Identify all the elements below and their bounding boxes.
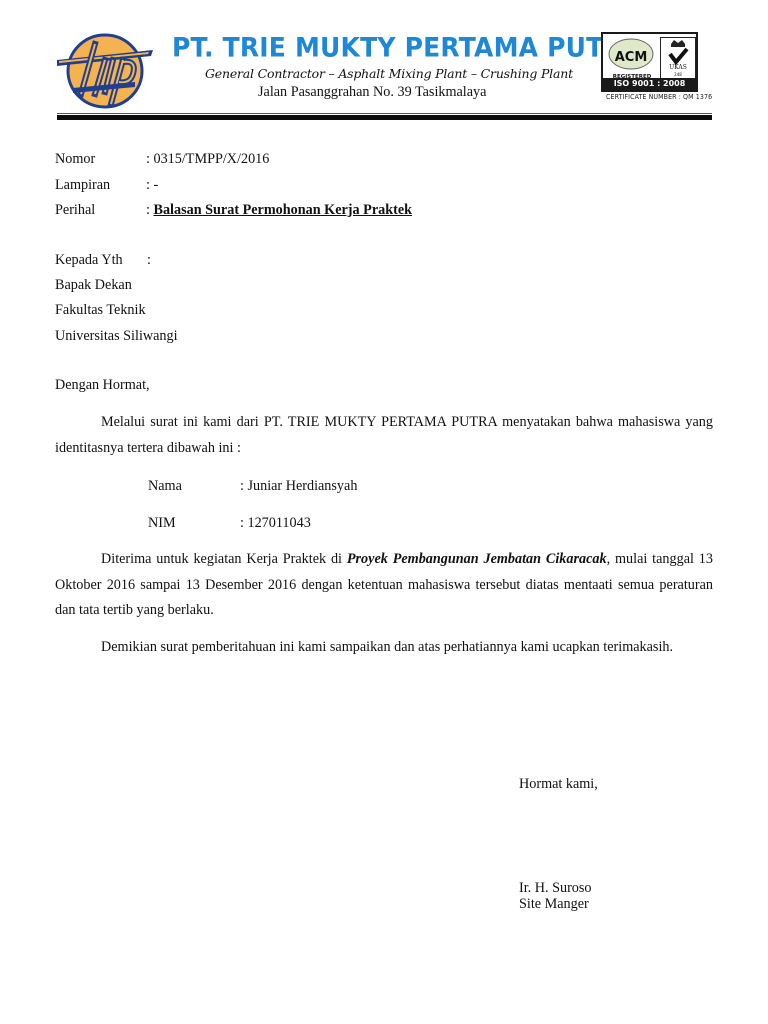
iso-certification-badge: ACM REGISTERED UKAS 248 ISO 9001 : 2008 xyxy=(601,32,698,92)
acceptance-prefix: Diterima untuk kegiatan Kerja Praktek di xyxy=(101,551,347,567)
meta-value-perihal: : Balasan Surat Permohonan Kerja Praktek xyxy=(146,202,412,219)
svg-text:248: 248 xyxy=(674,72,682,77)
greeting: Dengan Hormat, xyxy=(55,377,150,394)
closing-paragraph: Demikian surat pemberitahuan ini kami sa… xyxy=(55,635,713,661)
recipient-heading-colon: : xyxy=(147,252,151,269)
meta-value-lampiran: : - xyxy=(146,177,158,194)
signatory-title: Site Manger xyxy=(519,896,589,913)
svg-text:UKAS: UKAS xyxy=(669,64,687,71)
signatory-name: Ir. H. Suroso xyxy=(519,880,592,897)
identity-label-nim: NIM xyxy=(148,515,176,532)
acceptance-paragraph: Diterima untuk kegiatan Kerja Praktek di… xyxy=(55,547,713,624)
identity-value-nama: : Juniar Herdiansyah xyxy=(240,478,357,495)
recipient-line: Bapak Dekan xyxy=(55,277,132,294)
certificate-number: CERTIFICATE NUMBER : QM 1376 xyxy=(606,93,712,101)
project-name: Proyek Pembangunan Jembatan Cikaracak xyxy=(347,551,607,567)
identity-label-nama: Nama xyxy=(148,478,182,495)
company-name: PT. TRIE MUKTY PERTAMA PUTRA xyxy=(172,32,642,62)
acm-logo-icon: ACM xyxy=(606,37,656,79)
letterhead-divider-thick xyxy=(57,115,712,120)
svg-text:ACM: ACM xyxy=(615,50,648,65)
perihal-colon: : xyxy=(146,202,154,218)
meta-label-nomor: Nomor xyxy=(55,151,95,168)
meta-label-lampiran: Lampiran xyxy=(55,177,110,194)
company-address: Jalan Pasanggrahan No. 39 Tasikmalaya xyxy=(258,84,486,101)
signature-salutation: Hormat kami, xyxy=(519,776,598,793)
identity-value-nim: : 127011043 xyxy=(240,515,311,532)
company-tagline: General Contractor – Asphalt Mixing Plan… xyxy=(205,66,573,81)
meta-value-nomor: : 0315/TMPP/X/2016 xyxy=(146,151,269,168)
tmp-logo-icon xyxy=(55,30,155,110)
ukas-logo-icon: UKAS 248 xyxy=(660,37,696,79)
letter-subject: Balasan Surat Permohonan Kerja Praktek xyxy=(154,202,413,218)
meta-label-perihal: Perihal xyxy=(55,202,95,219)
recipient-line: Fakultas Teknik xyxy=(55,302,146,319)
letterhead-divider-thin xyxy=(57,113,712,114)
intro-paragraph: Melalui surat ini kami dari PT. TRIE MUK… xyxy=(55,410,713,461)
recipient-heading: Kepada Yth xyxy=(55,252,123,269)
iso-standard-label: ISO 9001 : 2008 xyxy=(603,78,696,90)
recipient-line: Universitas Siliwangi xyxy=(55,328,178,345)
